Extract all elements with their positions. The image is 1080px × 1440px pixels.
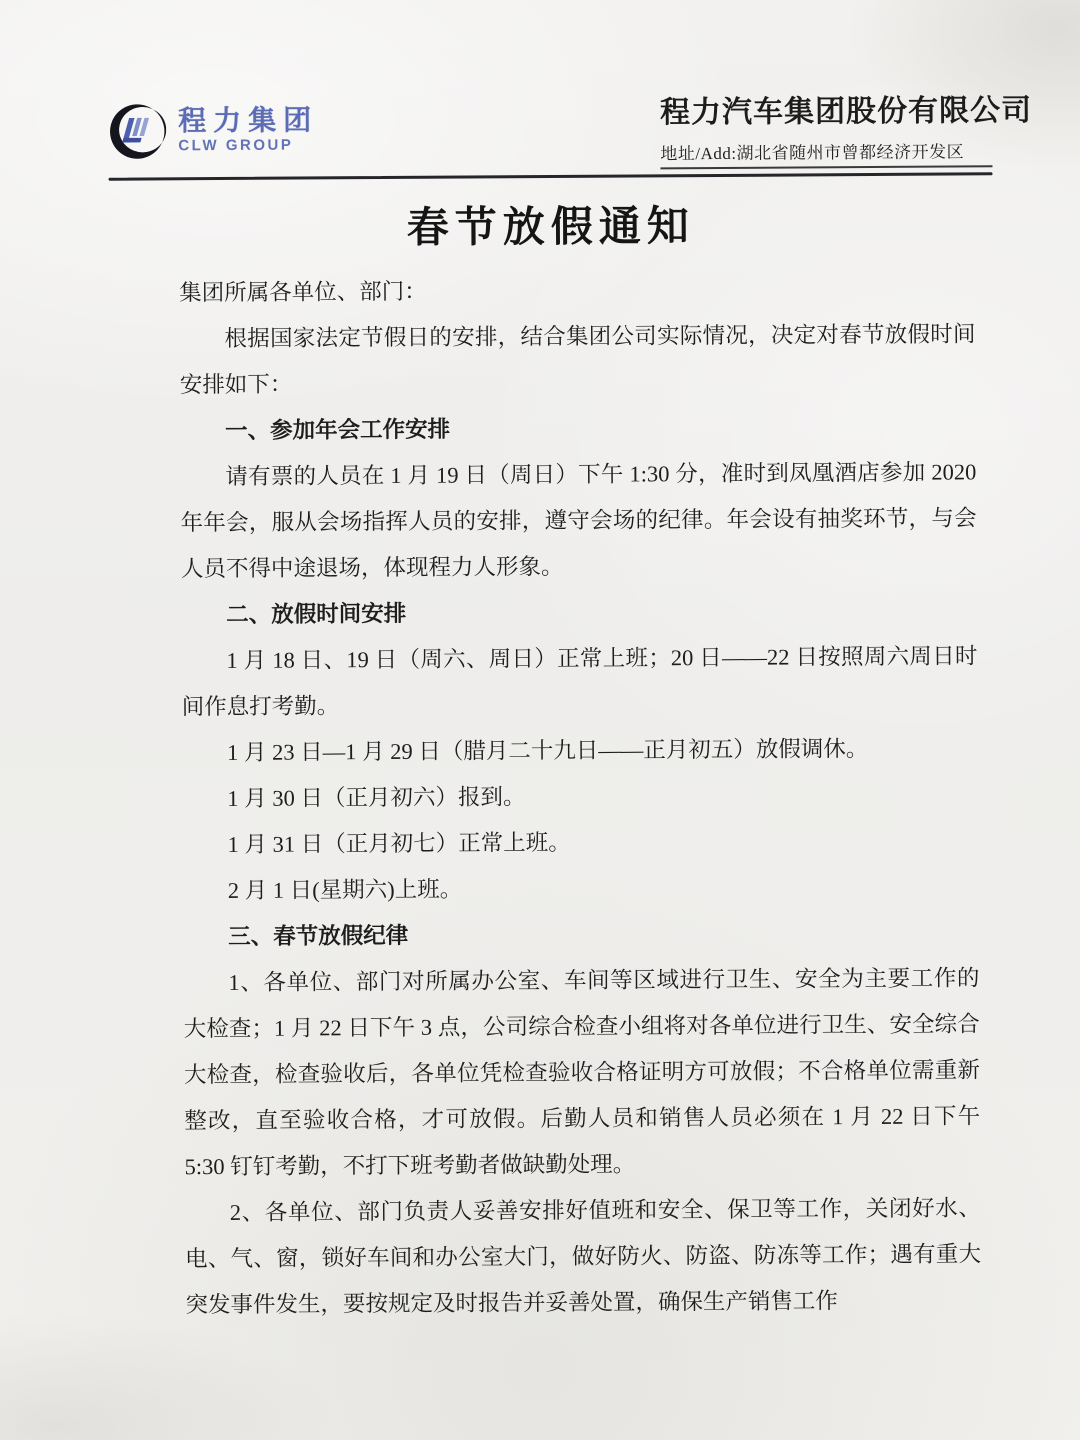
paragraph: 根据国家法定节假日的安排，结合集团公司实际情况，决定对春节放假时间安排如下： [179,311,976,408]
paragraph: 集团所属各单位、部门： [179,265,975,316]
document-body: 集团所属各单位、部门：根据国家法定节假日的安排，结合集团公司实际情况，决定对春节… [179,265,981,1328]
paragraph: 2、各单位、部门负责人妥善安排好值班和安全、保卫等工作，关闭好水、电、气、窗，锁… [185,1185,982,1328]
paragraph: 1 月 23 日—1 月 29 日（腊月二十九日——正月初五）放假调休。 [182,725,978,776]
company-name: 程力汽车集团股份有限公司 [660,91,992,133]
document-page: 程力集团 CLW GROUP 程力汽车集团股份有限公司 地址/Add:湖北省随州… [108,89,1000,1328]
letterhead-rule [109,172,993,180]
letterhead-right: 程力汽车集团股份有限公司 地址/Add:湖北省随州市曾都经济开发区 [660,89,992,169]
section-heading: 二、放假时间安排 [181,587,977,638]
paragraph: 1 月 30 日（正月初六）报到。 [182,771,978,822]
company-logo: 程力集团 CLW GROUP [108,93,318,160]
clw-crescent-logo-icon [108,102,166,160]
paragraph: 1 月 18 日、19 日（周六、周日）正常上班；20 日——22 日按照周六周… [181,633,978,730]
paragraph: 1、各单位、部门对所属办公室、车间等区域进行卫生、安全为主要工作的大检查；1 月… [183,955,980,1190]
section-heading: 一、参加年会工作安排 [180,403,976,454]
logo-name-cn: 程力集团 [178,106,318,137]
paragraph: 1 月 31 日（正月初七）正常上班。 [182,817,978,868]
paragraph: 2 月 1 日(星期六)上班。 [183,863,979,914]
company-address: 地址/Add:湖北省随州市曾都经济开发区 [660,137,992,169]
logo-name-en: CLW GROUP [178,136,318,155]
paragraph: 请有票的人员在 1 月 19 日（周日）下午 1:30 分，准时到凤凰酒店参加 … [180,449,977,592]
page-title: 春节放假通知 [109,199,993,256]
section-heading: 三、春节放假纪律 [183,909,979,960]
letterhead: 程力集团 CLW GROUP 程力汽车集团股份有限公司 地址/Add:湖北省随州… [108,89,992,172]
